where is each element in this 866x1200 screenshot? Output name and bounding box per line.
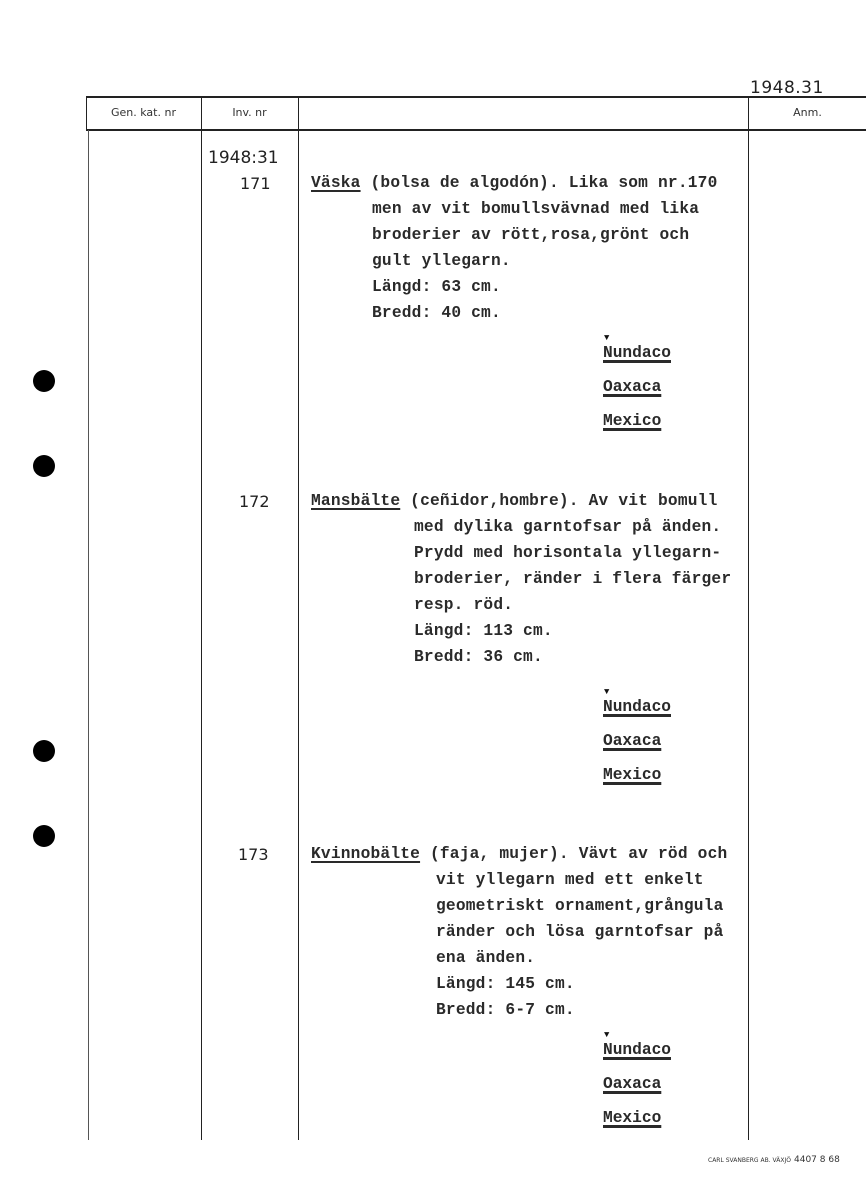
entry-text: Längd: 113 cm. [414,618,553,644]
entry-text: Bredd: 36 cm. [414,644,543,670]
column-divider-3 [298,96,299,1140]
column-divider-1-body [88,130,89,1140]
location-country: Mexico [603,766,661,784]
inv-number: 173 [238,845,269,864]
entry-text: geometriskt ornament,grångula [436,893,724,919]
location-village: Nundaco [603,698,671,716]
check-mark-icon: ▼ [604,687,609,697]
form-number: 4407 8 68 [794,1155,840,1165]
column-divider-2 [201,96,202,1140]
entry-text: men av vit bomullsvävnad med lika [372,196,699,222]
location-village: Nundaco [603,1041,671,1059]
header-anm: Anm. [749,106,866,119]
entry-first-line: Mansbälte (ceñidor,hombre). Av vit bomul… [311,488,718,514]
location-state: Oaxaca [603,732,661,750]
entry-text: med dylika garntofsar på änden. [414,514,721,540]
entry-text: Längd: 145 cm. [436,971,575,997]
entry-first-line: Kvinnobälte (faja, mujer). Vävt av röd o… [311,841,727,867]
binder-hole-icon [33,370,55,392]
entry-text: Prydd med horisontala yllegarn- [414,540,721,566]
entry-title: Väska [311,174,361,192]
printer-imprint: CARL SVANBERG AB. VÄXJÖ [708,1157,791,1164]
entry-text: ränder och lösa garntofsar på [436,919,724,945]
entry-text: Bredd: 40 cm. [372,300,501,326]
column-divider-4 [748,96,749,1140]
entry-text: broderier av rött,rosa,grönt och [372,222,689,248]
binder-hole-icon [33,455,55,477]
check-mark-icon: ▼ [604,1030,609,1040]
inv-number: 172 [239,492,270,511]
entry-text: (bolsa de algodón). Lika som nr.170 [361,174,718,192]
header-gen-kat-nr: Gen. kat. nr [86,106,201,119]
location-state: Oaxaca [603,378,661,396]
entry-text: Längd: 63 cm. [372,274,501,300]
entry-text: resp. röd. [414,592,513,618]
entry-title: Kvinnobälte [311,845,420,863]
entry-text: (ceñidor,hombre). Av vit bomull [400,492,717,510]
location-state: Oaxaca [603,1075,661,1093]
location-country: Mexico [603,412,661,430]
header-inv-nr: Inv. nr [201,106,298,119]
catalog-number: 1948.31 [750,78,824,98]
check-mark-icon: ▼ [604,333,609,343]
entry-text: Bredd: 6-7 cm. [436,997,575,1023]
collection-label: 1948:31 [208,148,279,168]
entry-text: ena änden. [436,945,535,971]
entry-first-line: Väska (bolsa de algodón). Lika som nr.17… [311,170,718,196]
binder-hole-icon [33,740,55,762]
entry-text: gult yllegarn. [372,248,511,274]
location-country: Mexico [603,1109,661,1127]
entry-text: (faja, mujer). Vävt av röd och [420,845,727,863]
entry-title: Mansbälte [311,492,400,510]
entry-text: vit yllegarn med ett enkelt [436,867,704,893]
entry-text: broderier, ränder i flera färger [414,566,731,592]
inv-number: 171 [240,174,271,193]
binder-hole-icon [33,825,55,847]
location-village: Nundaco [603,344,671,362]
